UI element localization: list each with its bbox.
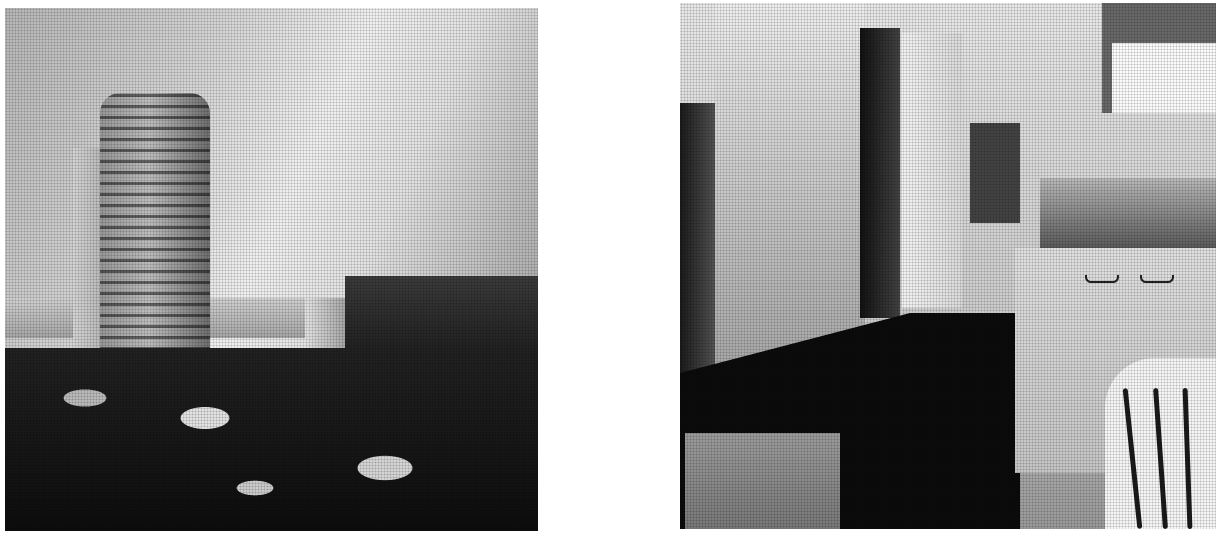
items-on-cabinet — [1040, 178, 1216, 253]
small-table — [685, 433, 840, 529]
potted-plant — [680, 103, 715, 403]
open-door — [902, 33, 962, 308]
drawer-handle — [1140, 275, 1174, 283]
trees-and-rooftops — [5, 348, 538, 531]
photo-room-interior — [680, 3, 1216, 529]
wall-picture — [970, 123, 1020, 223]
photo-city-skyline — [5, 8, 538, 531]
drawer-handle — [1085, 275, 1119, 283]
doorway — [860, 28, 900, 318]
window-glass — [1112, 43, 1216, 113]
left-wall — [715, 3, 865, 373]
